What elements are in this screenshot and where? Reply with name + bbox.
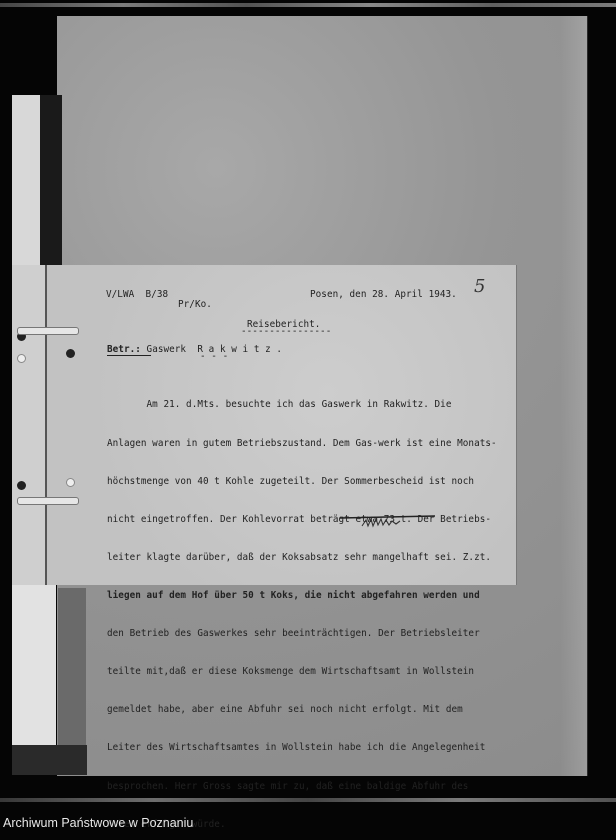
front-sheet-edge <box>12 265 48 585</box>
place-date: Posen, den 28. April 1943. <box>310 289 457 302</box>
body-line: gemeldet habe, aber eine Abfuhr sei noch… <box>107 704 497 717</box>
punch-hole-icon <box>17 354 26 363</box>
body-line: leiter klagte darüber, daß der Koksabsat… <box>107 552 497 565</box>
body-line: höchstmenge von 40 t Kohle zugeteilt. De… <box>107 476 497 489</box>
binder-tie-icon <box>17 497 79 505</box>
body-line: nicht eingetroffen. Der Kohlevorrat betr… <box>107 514 497 527</box>
body-text: Am 21. d.Mts. besuchte ich das Gaswerk i… <box>107 374 497 840</box>
body-line: Am 21. d.Mts. besuchte ich das Gaswerk i… <box>107 399 497 412</box>
body-line: liegen auf dem Hof über 50 t Koks, die n… <box>107 590 497 603</box>
binder-base <box>12 745 87 775</box>
archive-watermark: Archiwum Państwowe w Poznaniu <box>3 816 193 830</box>
title-underline: ---------------- <box>241 326 331 339</box>
subject-label-underline <box>107 355 151 356</box>
subject-underline: - - - <box>200 351 228 364</box>
binder-strip-lower <box>12 585 56 745</box>
binder-tie-icon <box>17 327 79 335</box>
body-line: Leiter des Wirtschaftsamtes in Wollstein… <box>107 742 497 755</box>
signature-icon <box>340 514 435 528</box>
subject-label: Betr.: <box>107 344 141 355</box>
binder-strip-grey <box>58 588 86 748</box>
body-line: besprochen. Herr Gross sagte mir zu, daß… <box>107 781 497 794</box>
body-line: Anlagen waren in gutem Betriebszustand. … <box>107 438 497 451</box>
body-line: teilte mit,daß er diese Koksmenge dem Wi… <box>107 666 497 679</box>
reference-initials: Pr/Ko. <box>178 299 212 312</box>
punch-hole-icon <box>66 349 75 358</box>
punch-hole-icon <box>66 478 75 487</box>
page-edge-shade <box>560 16 588 776</box>
reference-code: V/LWA B/38 <box>106 289 168 302</box>
punch-hole-icon <box>17 481 26 490</box>
body-line: den Betrieb des Gaswerkes sehr beeinträc… <box>107 628 497 641</box>
film-edge-top <box>0 3 616 7</box>
memo-fold-line <box>45 265 47 585</box>
film-edge-bottom <box>0 798 616 802</box>
page-number: 5 <box>474 276 485 297</box>
